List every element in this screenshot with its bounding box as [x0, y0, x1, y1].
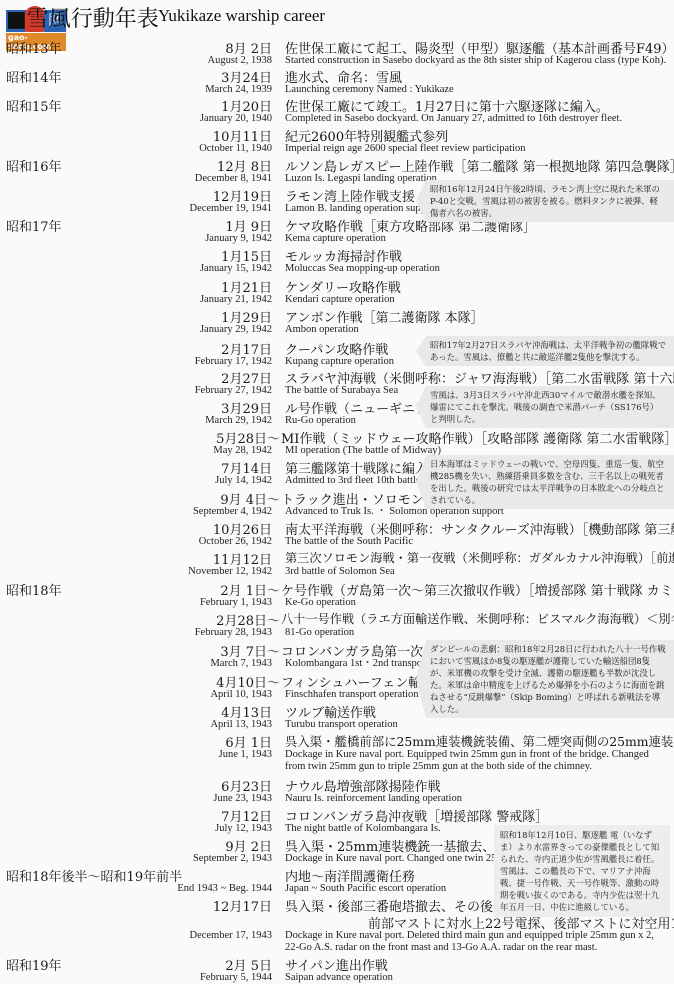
description-jp: 呉入渠・艦橋前部に25mm連装機銃装備、第二煙突両側の25mm連装機銃を25mm… — [285, 732, 674, 750]
description-en: Kupang capture operation — [285, 356, 394, 368]
date-en: April 13, 1943 — [210, 719, 272, 730]
description-en: Nauru Is. reinforcement landing operatio… — [285, 793, 462, 805]
description-en: Dockage in Kure naval port. Deleted thir… — [285, 930, 670, 954]
side-note: 日本海軍はミッドウェーの戦いで、空母四隻、重巡一隻、航空機285機を失い、熟練搭… — [416, 455, 674, 509]
date-en: February 28, 1943 — [195, 627, 272, 638]
era-label: 昭和16年 — [6, 156, 62, 175]
description-en: Launching ceremony Named : Yukikaze — [285, 84, 454, 96]
description-en: Dockage in Kure naval port. Equipped twi… — [285, 749, 670, 773]
date-en: February 1, 1943 — [200, 597, 272, 608]
description-en: MI operation (The battle of Midway) — [285, 445, 441, 457]
page-title-en: Yukikaze warship career — [158, 6, 325, 26]
era-label: 昭和15年 — [6, 96, 62, 115]
description-en: The battle of Surabaya Sea — [285, 385, 398, 397]
date-en: July 14, 1942 — [215, 475, 272, 486]
date-en: May 28, 1942 — [213, 445, 272, 456]
description-en: Kema capture operation — [285, 233, 386, 245]
date-en: April 10, 1943 — [210, 689, 272, 700]
description-en: Lamon B. landing operation support — [285, 203, 438, 215]
description-jp: 八十一号作戦（ラエ方面輸送作戦、米側呼称：ビスマルク海海戦）＜別名：ダンピールの… — [281, 610, 674, 627]
era-label: 昭和19年 — [6, 955, 62, 974]
date-jp: 12月17日 — [213, 896, 272, 915]
side-note: ダンピールの悲劇：昭和18年2月28日に行われた八十一号作戦において雪風ほか8隻… — [416, 640, 674, 718]
era-label: 昭和17年 — [6, 216, 62, 235]
era-label: 昭和13年 — [6, 38, 62, 57]
side-note: 雪風は、3月3日スラバヤ沖北西30マイルで敵潜水艦を探知、爆雷にてこれを撃沈。戦… — [416, 386, 674, 428]
description-en: Ke-Go operation — [285, 597, 356, 609]
date-en: October 11, 1940 — [199, 143, 272, 154]
career-timeline-page: 高 网 gao-shou.com ■雪風行動年表 Yukikaze warshi… — [0, 0, 674, 984]
description-en: Turubu transport operation — [285, 719, 398, 731]
date-en: January 20, 1940 — [200, 113, 272, 124]
description-en: Ru-Go operation — [285, 415, 356, 427]
date-en: March 7, 1943 — [210, 658, 272, 669]
date-en: December 17, 1943 — [189, 930, 272, 941]
era-label: 昭和18年 — [6, 580, 62, 599]
description-jp: 第三次ソロモン海戦・第一夜戦（米側呼称：ガダルカナル沖海戦）［前進部隊 挺身攻撃… — [285, 549, 674, 566]
description-en: 3rd battle of Solomon Sea — [285, 566, 395, 578]
description-en: Imperial reign age 2600 special fleet re… — [285, 143, 526, 155]
era-label: 昭和14年 — [6, 67, 62, 86]
description-en: Luzon Is. Legaspi landing operation — [285, 173, 437, 185]
date-en: March 24, 1939 — [205, 84, 272, 95]
date-en: September 2, 1943 — [193, 853, 272, 864]
description-en: Finschhafen transport operation — [285, 689, 419, 701]
date-en: January 15, 1942 — [200, 263, 272, 274]
date-en: End 1943 ~ Beg. 1944 — [177, 883, 272, 894]
date-en: December 8, 1941 — [195, 173, 272, 184]
description-en: Kendari capture operation — [285, 294, 395, 306]
era-label: 昭和18年後半〜昭和19年前半 — [6, 866, 182, 885]
description-en: Moluccas Sea mopping-up operation — [285, 263, 440, 275]
date-en: November 12, 1942 — [188, 566, 272, 577]
date-en: February 27, 1942 — [195, 385, 272, 396]
date-en: March 29, 1942 — [205, 415, 272, 426]
date-en: January 21, 1942 — [200, 294, 272, 305]
description-en: Started construction in Sasebo dockyard … — [285, 55, 666, 67]
description-en: The night battle of Kolombangara Is. — [285, 823, 441, 835]
date-en: December 19, 1941 — [189, 203, 272, 214]
date-en: September 4, 1942 — [193, 506, 272, 517]
date-en: January 29, 1942 — [200, 324, 272, 335]
date-en: February 5, 1944 — [200, 972, 272, 983]
date-en: June 23, 1943 — [213, 793, 272, 804]
description-en: 81-Go operation — [285, 627, 354, 639]
description-en: Ambon operation — [285, 324, 359, 336]
description-en: Saipan advance operation — [285, 972, 393, 984]
date-en: August 2, 1938 — [208, 55, 272, 66]
side-note: 昭和18年12月10日、駆逐艦 電（いなずま）より水雷界きっての豪傑艦長として知… — [494, 825, 670, 917]
description-en: Japan ~ South Pacific escort operation — [285, 883, 446, 895]
date-en: October 26, 1942 — [199, 536, 272, 547]
description-en: The battle of the South Pacific — [285, 536, 413, 548]
date-en: July 12, 1943 — [215, 823, 272, 834]
date-en: February 17, 1942 — [195, 356, 272, 367]
date-en: January 9, 1942 — [205, 233, 272, 244]
page-title-jp: ■雪風行動年表 — [6, 2, 159, 33]
description-en: Completed in Sasebo dockyard. On January… — [285, 113, 622, 125]
side-note: 昭和16年12月24日午後2時頃、ラモン湾上空に現れた米軍のP-40と交戦。雪風… — [416, 180, 674, 222]
side-note: 昭和17年2月27日スラバヤ沖海戦は、太平洋戦争初の艦隊戦であった。雪風は、僚艦… — [416, 336, 674, 366]
date-en: June 1, 1943 — [219, 749, 272, 760]
